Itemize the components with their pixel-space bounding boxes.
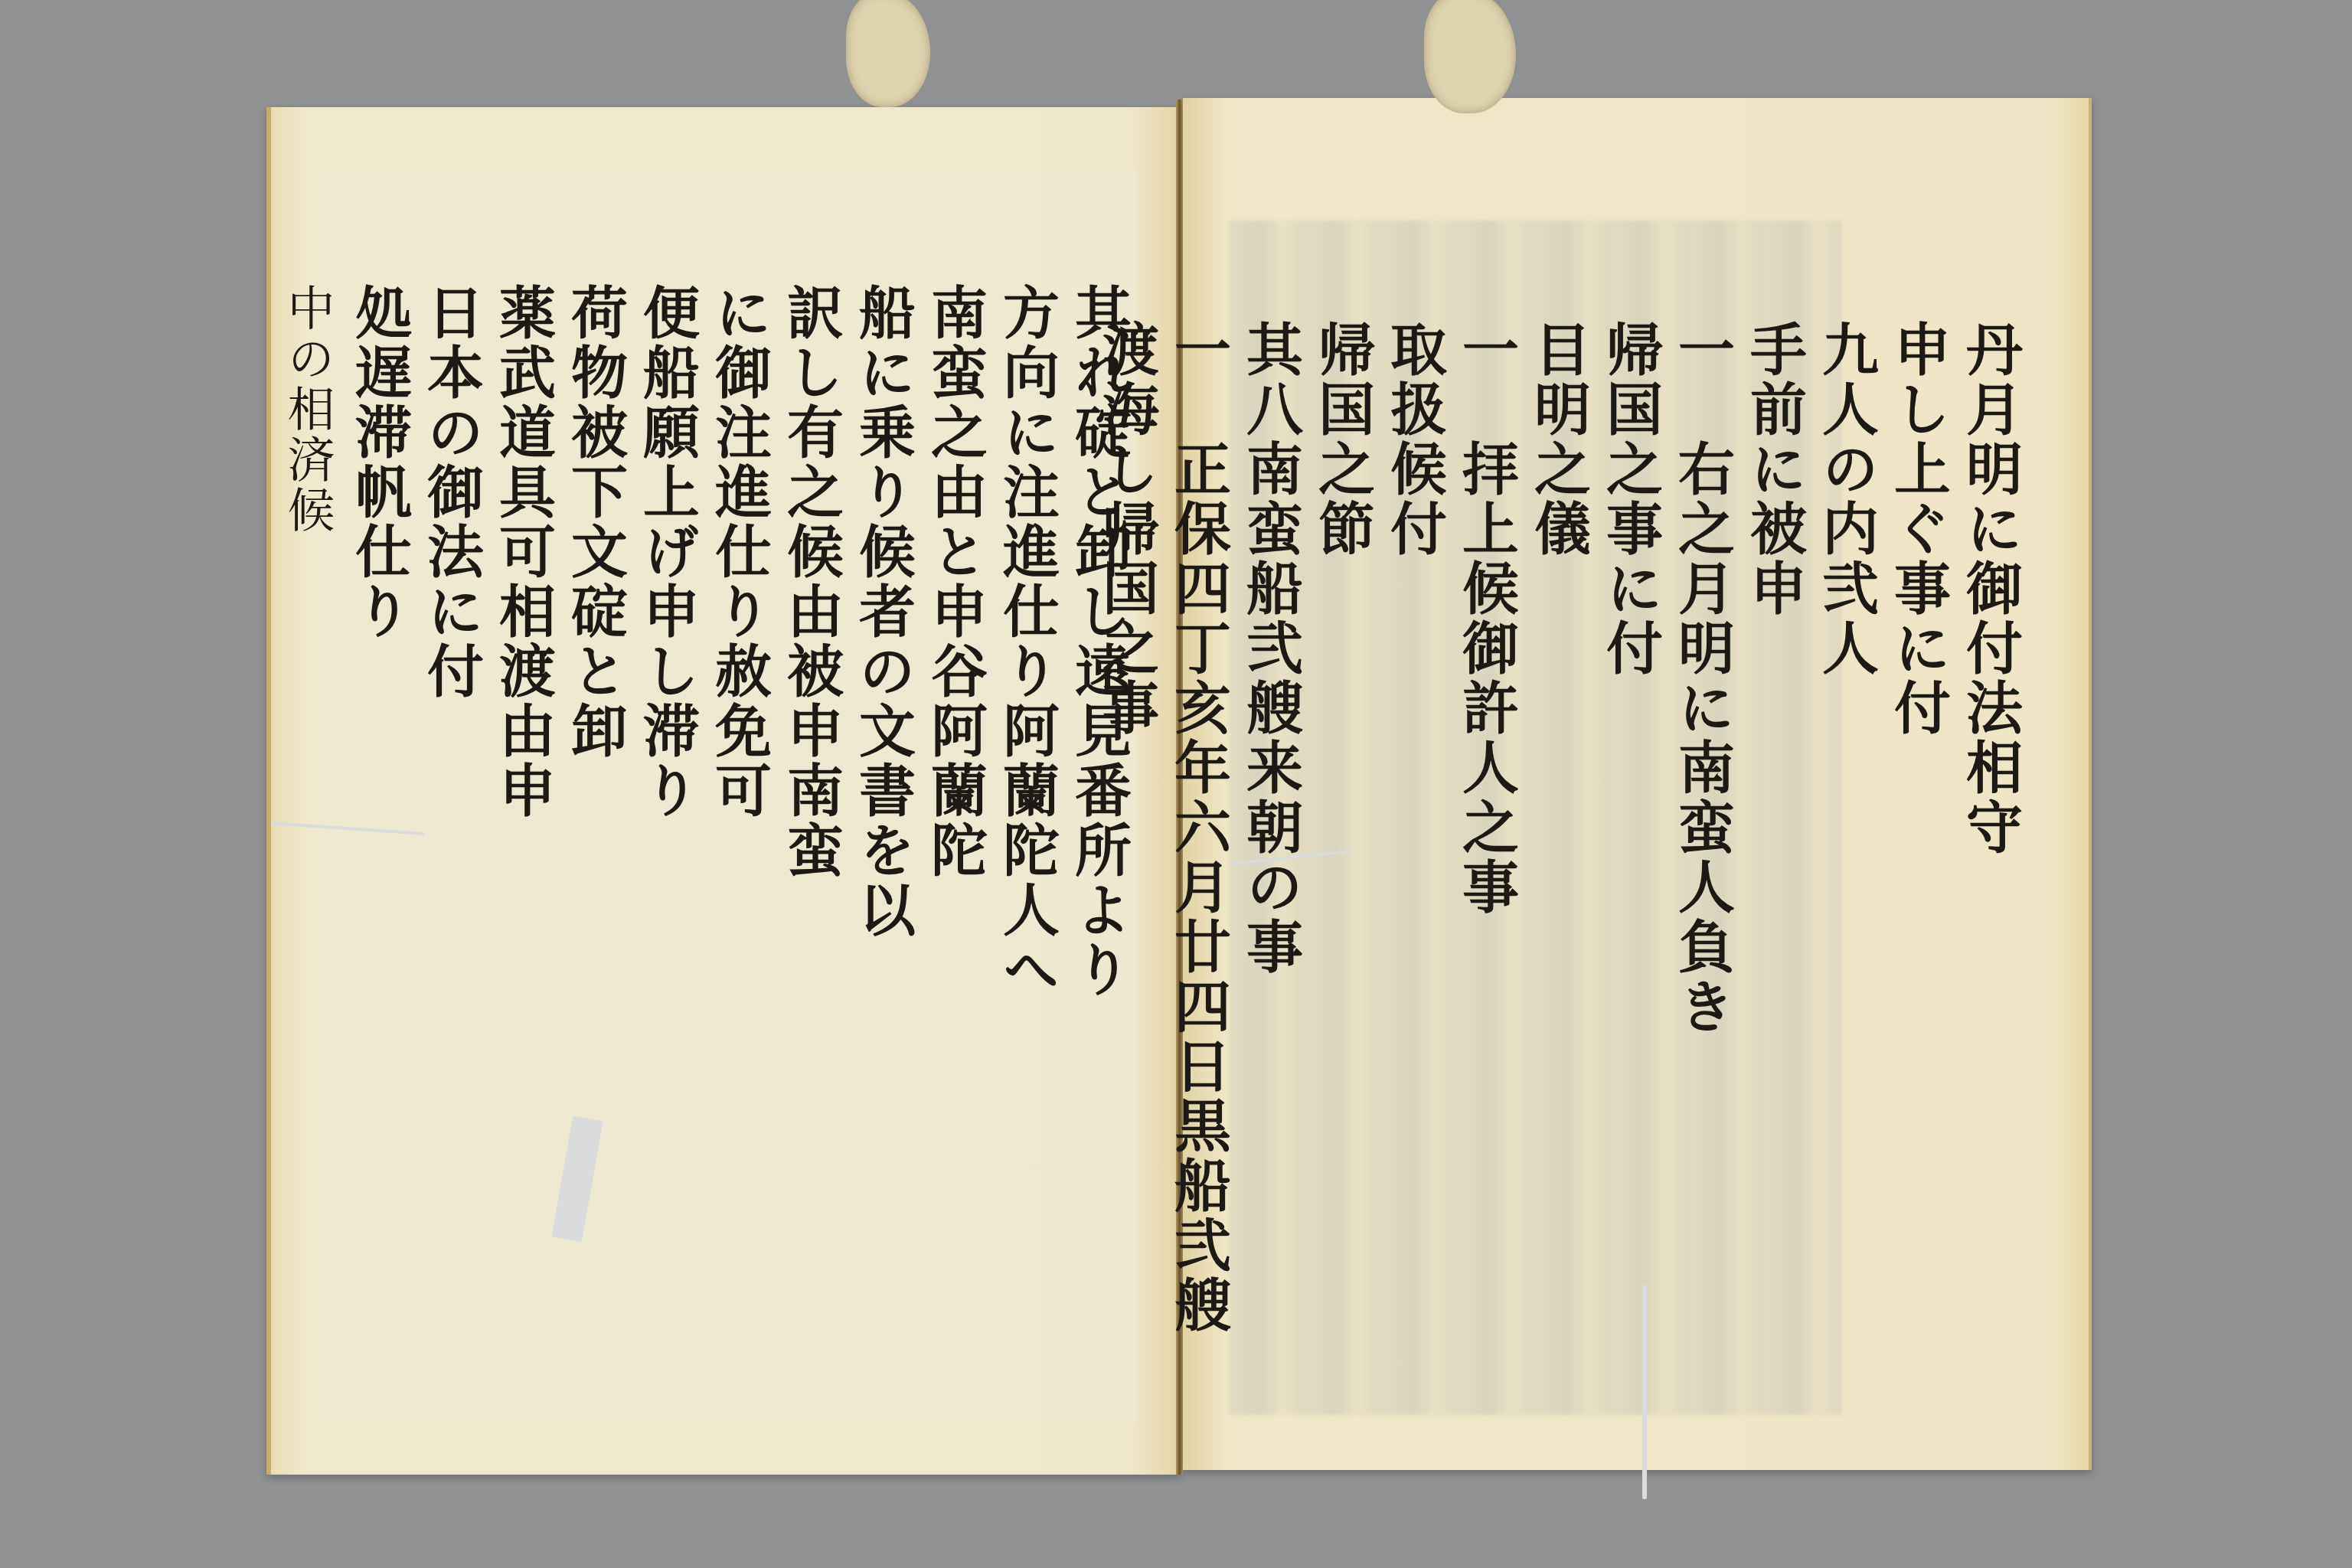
text-column: 帰国之事に付 <box>1594 320 1666 1453</box>
text-column: 取扱候付 <box>1378 320 1450 1453</box>
right-page-text: 丹月明に御付法相守 申し上ぐ事に付 九人の内弐人 手前に被申 一 右之月明に南蛮… <box>1090 320 2026 1453</box>
paper-tear <box>846 0 930 107</box>
book-spread: 其れ碇と卸し遠見番所より 方向に注進仕り阿蘭陀人へ 南蛮之由と申谷阿蘭陀 船に乗… <box>0 0 2352 1568</box>
text-column: 薬武道具可相渡由申 <box>487 283 559 1432</box>
text-column: 渡海し帰国之事 <box>1090 320 1162 1453</box>
left-page-text: 其れ碇と卸し遠見番所より 方向に注進仕り阿蘭陀人へ 南蛮之由と申谷阿蘭陀 船に乗… <box>271 283 1135 1432</box>
paper-crack <box>1642 1285 1647 1499</box>
text-column: 訳し有之候由被申南蛮 <box>775 283 847 1432</box>
text-column: 荷物被下文碇と卸 <box>559 283 631 1432</box>
text-column: 申し上ぐ事に付 <box>1882 320 1954 1453</box>
text-column-item: 一 拝上候御許人之事 <box>1450 320 1522 1453</box>
text-column: 目明之儀 <box>1522 320 1594 1453</box>
text-column: 便船願上げ申し滞り <box>631 283 703 1432</box>
text-column-item: 一 右之月明に南蛮人負き <box>1666 320 1738 1453</box>
text-column: 日本の御法に付 <box>415 283 487 1432</box>
text-column: 帰国之節 <box>1306 320 1378 1453</box>
text-column-item: 一 正保四丁亥年六月廿四日黒船弐艘 <box>1162 320 1234 1453</box>
text-column: 南蛮之由と申谷阿蘭陀 <box>919 283 991 1432</box>
right-page: 丹月明に御付法相守 申し上ぐ事に付 九人の内弐人 手前に被申 一 右之月明に南蛮… <box>1183 98 2092 1470</box>
paper-tear <box>1424 0 1516 113</box>
left-page: 其れ碇と卸し遠見番所より 方向に注進仕り阿蘭陀人へ 南蛮之由と申谷阿蘭陀 船に乗… <box>266 107 1181 1475</box>
text-column: 処遅滞帆仕り <box>343 283 415 1432</box>
text-column: 中の相済候 <box>271 283 343 1432</box>
text-column: 丹月明に御付法相守 <box>1954 320 2026 1453</box>
text-column: 手前に被申 <box>1738 320 1810 1453</box>
text-column: 船に乗り候者の文書を以 <box>847 283 919 1432</box>
text-column: に御注進仕り赦免可 <box>703 283 775 1432</box>
text-column: 方向に注進仕り阿蘭陀人へ <box>991 283 1063 1432</box>
text-column: 九人の内弐人 <box>1810 320 1882 1453</box>
text-column: 其八南蛮船弐艘来朝の事 <box>1234 320 1306 1453</box>
